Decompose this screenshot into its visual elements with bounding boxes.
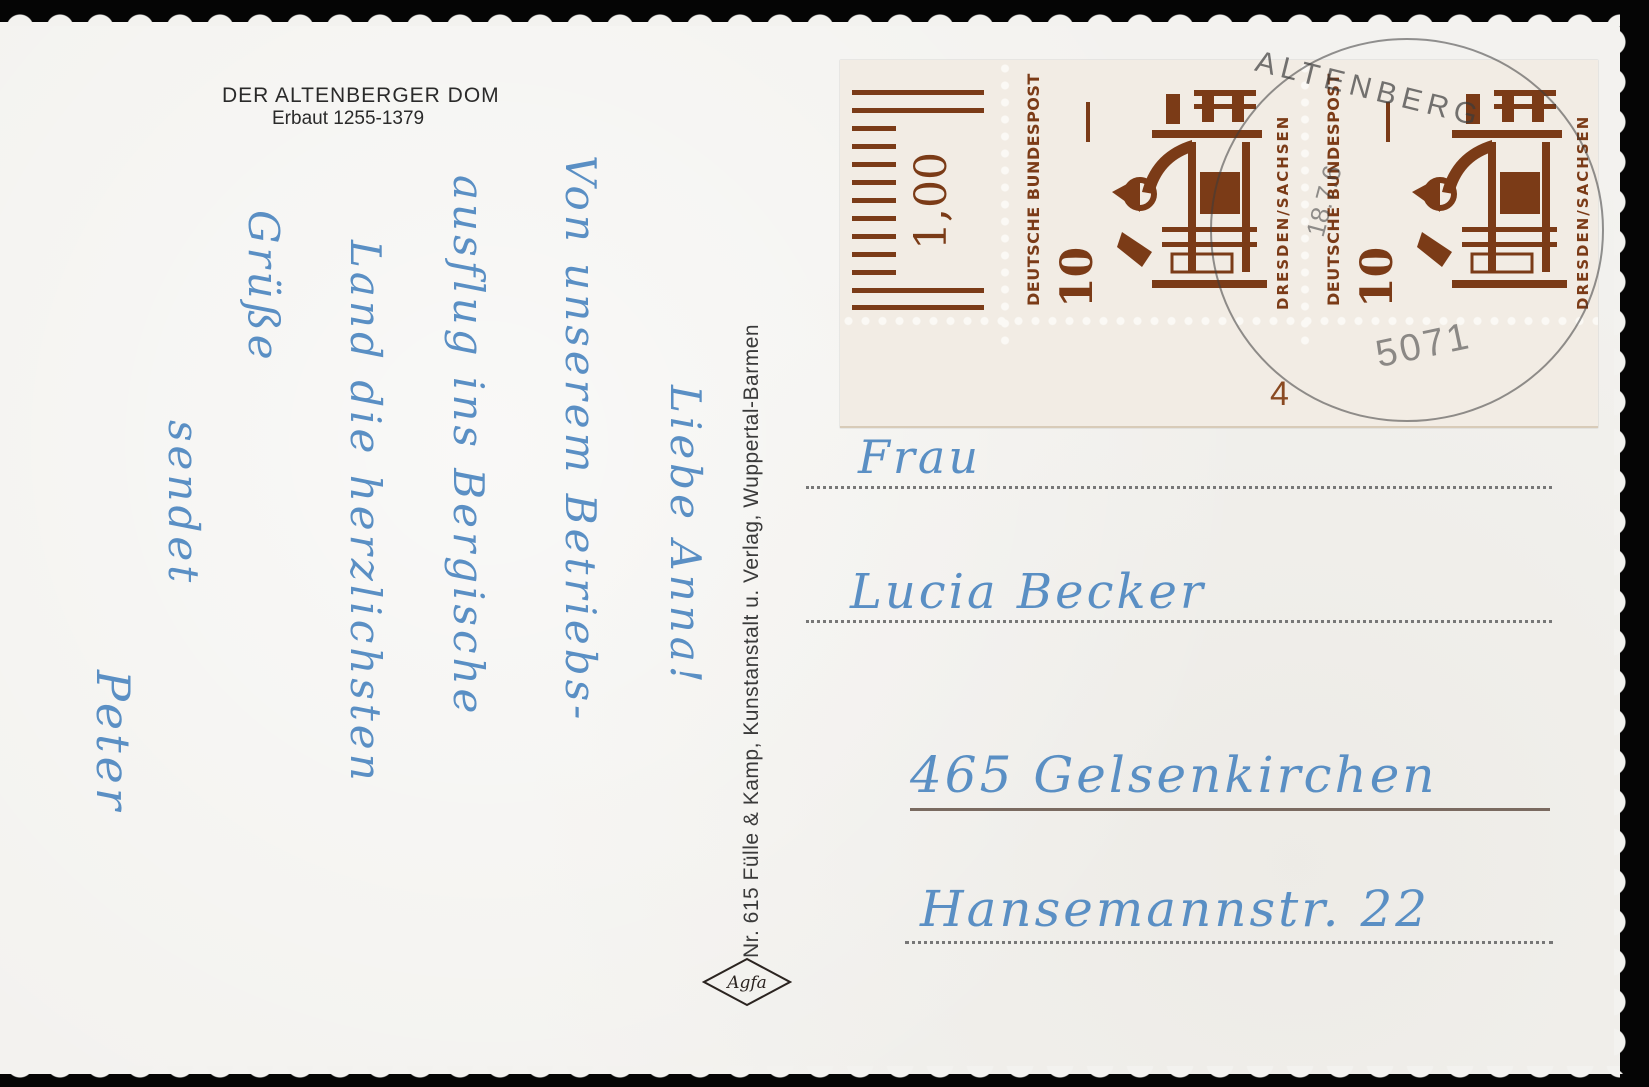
agfa-logo-icon: Agfa xyxy=(702,957,792,1007)
scalloped-edge-right xyxy=(1614,22,1626,1074)
message-signature: Peter xyxy=(86,670,140,814)
message-line: sendet xyxy=(159,420,208,586)
message-line: Land die herzlichsten xyxy=(341,240,390,785)
sheet-margin-value: 1,00 xyxy=(906,152,957,250)
message-line: Grüße xyxy=(239,210,288,364)
publisher-line: Nr. 615 Fülle & Kamp, Kunstanstalt u. Ve… xyxy=(740,90,764,958)
address-name: Lucia Becker xyxy=(850,564,1206,620)
message-line: Von unserem Betriebs- xyxy=(556,155,605,723)
address-line-1 xyxy=(806,486,1552,489)
address-line-2 xyxy=(806,620,1552,623)
scalloped-edge-top xyxy=(0,14,1620,26)
scalloped-edge-bottom xyxy=(0,1066,1620,1078)
stamp-country: DEUTSCHE BUNDESPOST xyxy=(1024,73,1043,306)
address-salutation: Frau xyxy=(858,430,981,484)
address-line-3 xyxy=(910,808,1550,811)
agfa-logo-text: Agfa xyxy=(725,973,767,993)
card-subtitle: Erbaut 1255-1379 xyxy=(272,108,424,130)
address-street: Hansemannstr. 22 xyxy=(920,880,1430,938)
sheet-margin: 1,00 xyxy=(840,60,994,322)
address-line-4 xyxy=(905,941,1553,944)
message-line: Liebe Anna! xyxy=(661,385,710,687)
card-title: DER ALTENBERGER DOM xyxy=(222,84,500,108)
message-line: ausflug ins Bergische xyxy=(444,175,493,717)
address-city: 465 Gelsenkirchen xyxy=(910,746,1438,804)
